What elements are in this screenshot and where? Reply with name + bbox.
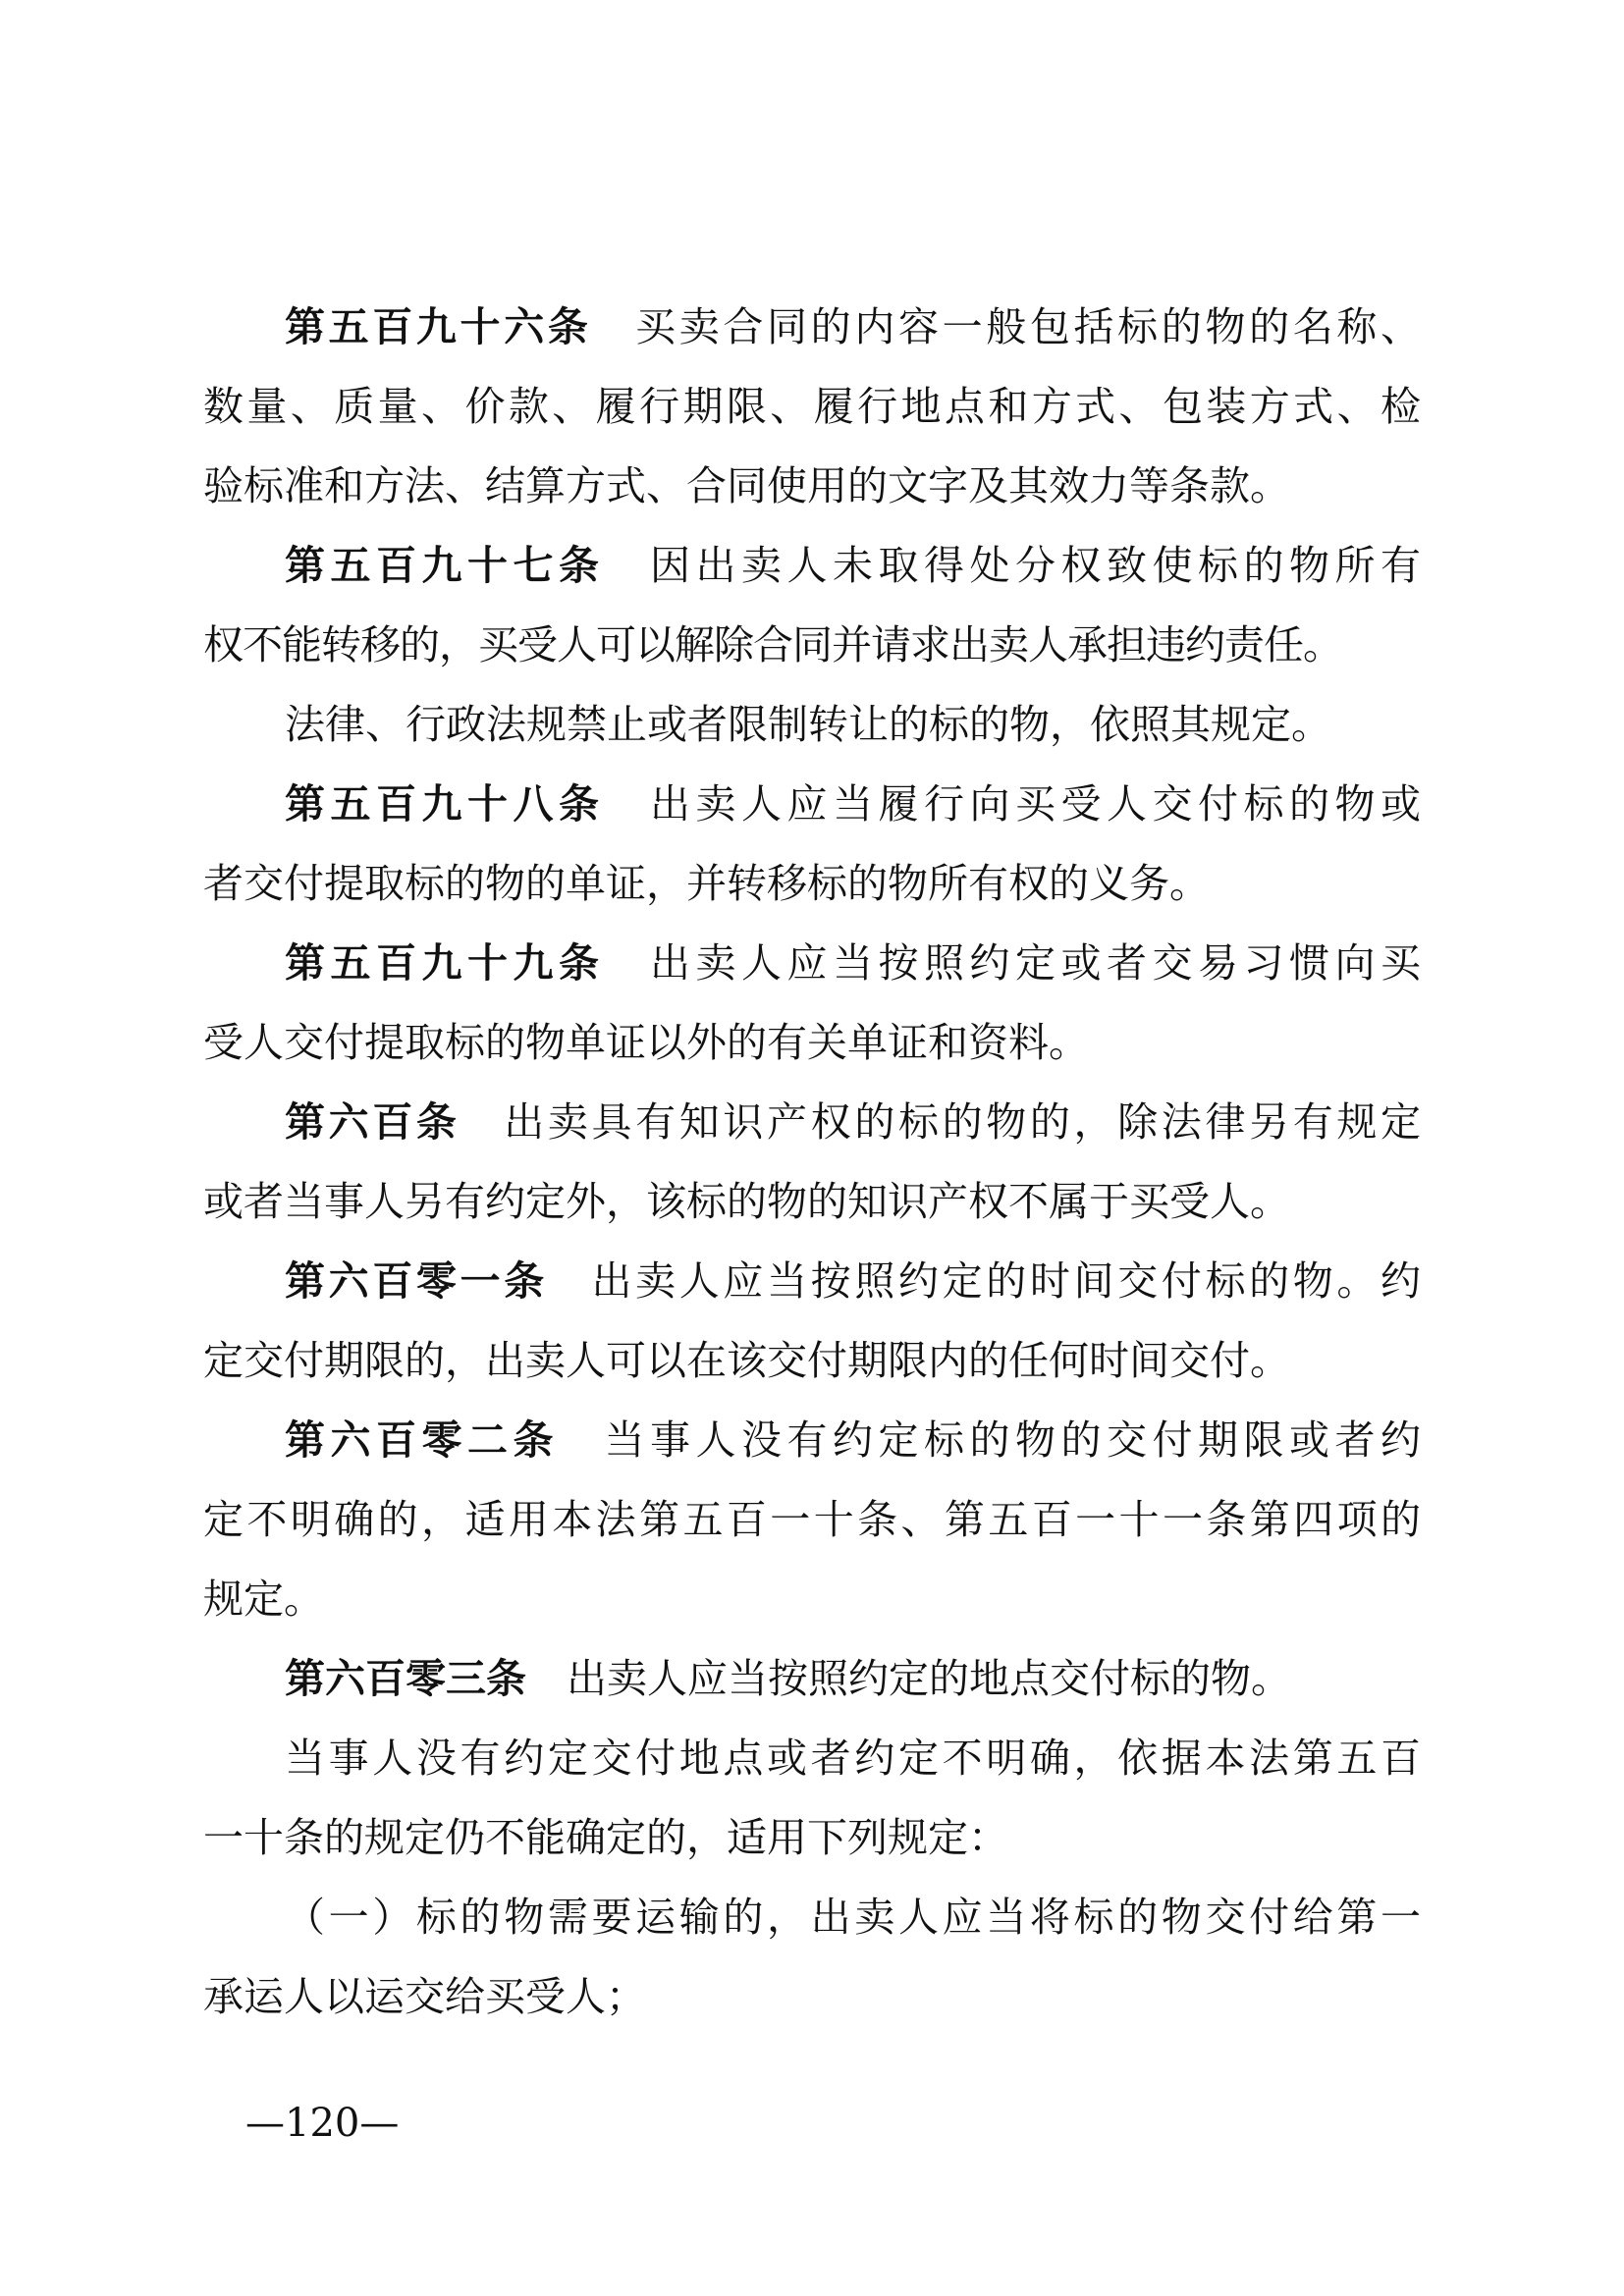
article-heading: 第六百零二条 <box>285 1416 559 1464</box>
article-601-line-1: 第六百零一条出卖人应当按照约定的时间交付标的物。约 <box>203 1251 1421 1330</box>
document-page: 第五百九十六条买卖合同的内容一般包括标的物的名称、 数量、质量、价款、履行期限、… <box>203 296 1421 2046</box>
article-597-para-2: 法律、行政法规禁止或者限制转让的标的物，依照其规定。 <box>203 694 1421 774</box>
article-599-line-2: 受人交付提取标的物单证以外的有关单证和资料。 <box>203 1012 1421 1092</box>
article-602-line-1: 第六百零二条当事人没有约定标的物的交付期限或者约 <box>203 1410 1421 1489</box>
article-heading: 第五百九十六条 <box>285 303 591 350</box>
article-598-line-1: 第五百九十八条出卖人应当履行向买受人交付标的物或 <box>203 774 1421 853</box>
article-600-line-2: 或者当事人另有约定外，该标的物的知识产权不属于买受人。 <box>203 1171 1421 1251</box>
article-599-line-1: 第五百九十九条出卖人应当按照约定或者交易习惯向买 <box>203 933 1421 1012</box>
article-heading: 第六百零三条 <box>285 1655 526 1702</box>
article-602-line-3: 规定。 <box>203 1569 1421 1648</box>
article-596-line-1: 第五百九十六条买卖合同的内容一般包括标的物的名称、 <box>203 296 1421 376</box>
article-600-line-1: 第六百条出卖具有知识产权的标的物的，除法律另有规定 <box>203 1092 1421 1171</box>
article-603-para-2-line-1: 当事人没有约定交付地点或者约定不明确，依据本法第五百 <box>203 1728 1421 1807</box>
article-heading: 第五百九十九条 <box>285 939 605 987</box>
article-598-line-2: 者交付提取标的物的单证，并转移标的物所有权的义务。 <box>203 853 1421 933</box>
article-603-item-1-line-2: 承运人以运交给买受人； <box>203 1966 1421 2046</box>
article-596-line-3: 验标准和方法、结算方式、合同使用的文字及其效力等条款。 <box>203 455 1421 535</box>
article-603-para-2-line-2: 一十条的规定仍不能确定的，适用下列规定： <box>203 1807 1421 1887</box>
article-602-line-2: 定不明确的，适用本法第五百一十条、第五百一十一条第四项的 <box>203 1489 1421 1569</box>
article-601-line-2: 定交付期限的，出卖人可以在该交付期限内的任何时间交付。 <box>203 1330 1421 1410</box>
article-heading: 第六百条 <box>285 1098 460 1146</box>
article-heading: 第五百九十八条 <box>285 780 605 828</box>
article-603-line-1: 第六百零三条出卖人应当按照约定的地点交付标的物。 <box>203 1648 1421 1728</box>
article-596-line-2: 数量、质量、价款、履行期限、履行地点和方式、包装方式、检 <box>203 376 1421 455</box>
article-heading: 第六百零一条 <box>285 1257 548 1305</box>
article-597-line-2: 权不能转移的，买受人可以解除合同并请求出卖人承担违约责任。 <box>203 614 1421 694</box>
page-number: —120— <box>245 2101 399 2146</box>
article-heading: 第五百九十七条 <box>285 542 605 589</box>
article-603-item-1-line-1: （一）标的物需要运输的，出卖人应当将标的物交付给第一 <box>203 1887 1421 1966</box>
article-597-line-1: 第五百九十七条因出卖人未取得处分权致使标的物所有 <box>203 535 1421 614</box>
